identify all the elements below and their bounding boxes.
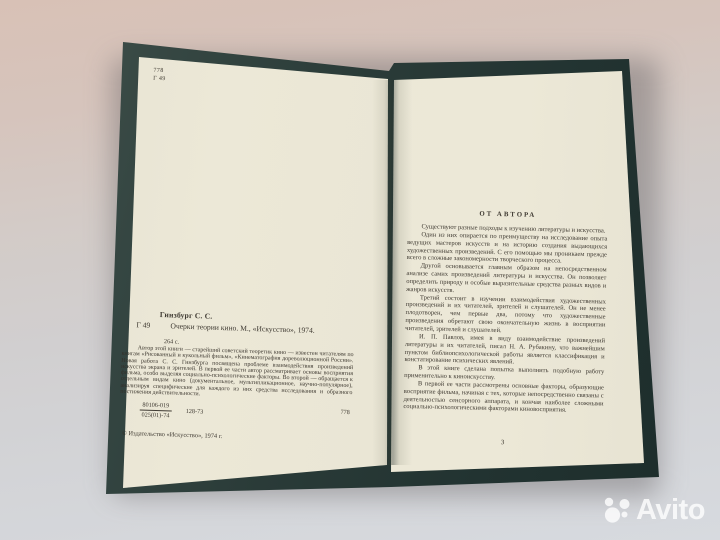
copyright-line: © Издательство «Искусство», 1974 г. [122,430,222,440]
catalog-series-code: 128-73 [186,408,204,416]
collation-note: 264 с. [164,338,179,345]
page-number: 3 [403,437,603,449]
chapter-heading: ОТ АВТОРА [408,209,608,221]
catalog-fraction: 80106-019 025(01)-74 [139,401,171,419]
avito-watermark: Avito [594,492,705,528]
udc-number: 778 [340,409,349,416]
right-page-content: ОТ АВТОРА Существуют разные подходы к из… [402,206,608,455]
library-stamp-number: 778 [153,68,166,76]
catalog-index: Г 49 [136,320,150,329]
library-stamp: 778 Г 49 [153,68,166,84]
author-name: Гинзбург С. С. [160,310,213,321]
avito-wordmark: Avito [636,496,705,525]
body-paragraph: И. П. Павлов, имея в виду взаимодействие… [404,333,605,369]
body-paragraph: Третий состоит в изучении взаимодействия… [405,294,606,338]
library-stamp-code: Г 49 [153,75,166,83]
photo-background: 778 Г 49 Гинзбург С. С. Г 49 Очерки теор… [0,0,720,540]
body-paragraph: В первой ее части рассмотрены основные ф… [403,380,604,416]
book-title-line: Очерки теории кино. М., «Искусство», 197… [170,321,315,335]
catalog-denominator: 025(01)-74 [139,410,171,419]
body-paragraph: Другой основывается главным образом на н… [406,262,607,298]
body-paragraph: Один из них опирается по преимуществу на… [407,231,608,267]
left-page-content: 778 Г 49 Гинзбург С. С. Г 49 Очерки теор… [118,52,363,479]
avito-logo-icon [594,492,634,528]
annotation-paragraph: Автор этой книги — старейший советский т… [120,345,353,403]
